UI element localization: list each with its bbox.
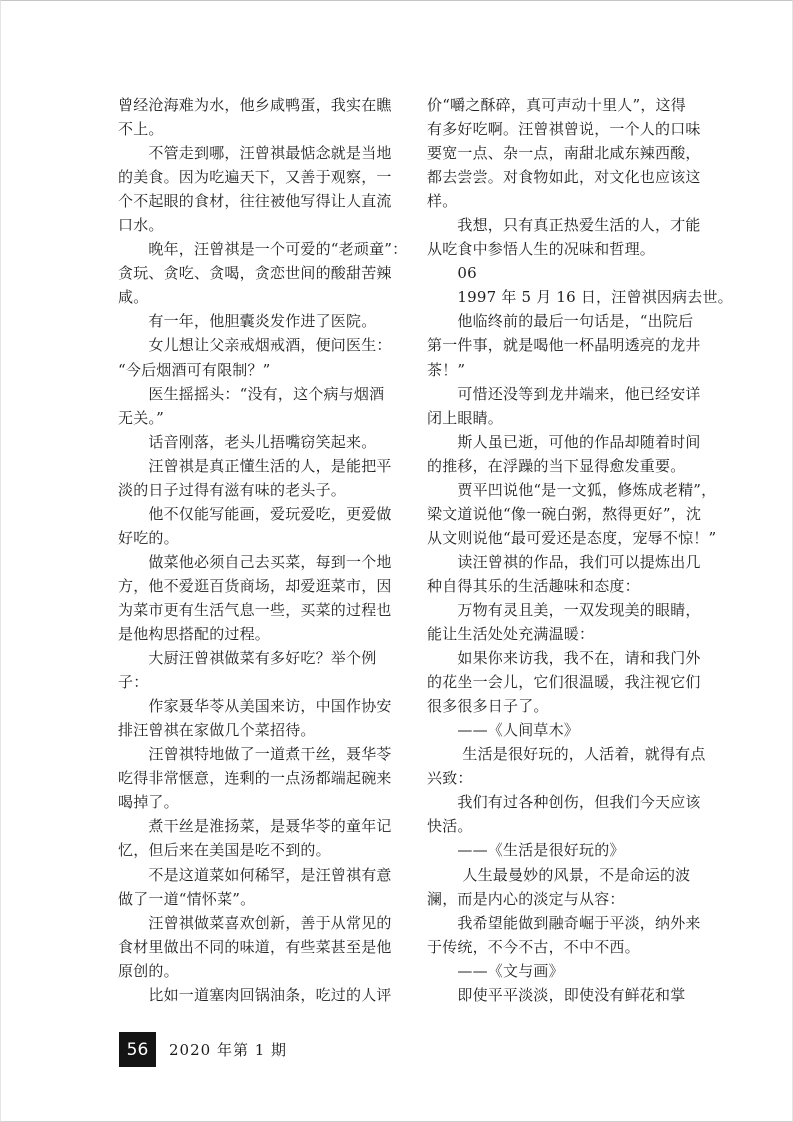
text-line: 做了一道“情怀菜”。 [118,887,391,911]
text-line: 好吃的。 [118,526,391,550]
text-line: 晚年，汪曾祺是一个可爱的“老顽童”： [118,237,391,261]
text-line: 他临终前的最后一句话是，“出院后 [427,309,700,333]
text-line: 06 [427,261,700,285]
text-line: 子： [118,670,391,694]
text-line: 斯人虽已逝，可他的作品却随着时间 [427,430,700,454]
text-line: 即使平平淡淡，即使没有鲜花和掌 [427,983,700,1007]
text-line: 1997 年 5 月 16 日，汪曾祺因病去世。 [427,285,700,309]
text-line: 我希望能做到融奇崛于平淡，纳外来 [427,911,700,935]
text-line: 煮干丝是淮扬菜，是聂华苓的童年记 [118,814,391,838]
text-line: 个不起眼的食材，往往被他写得让人直流 [118,189,391,213]
text-line: 很多很多日子了。 [427,694,700,718]
text-line: 不上。 [118,117,391,141]
text-line: 快活。 [427,814,700,838]
text-line: 澜，而是内心的淡定与从容： [427,887,700,911]
article-body: 曾经沧海难为水，他乡咸鸭蛋，我实在瞧不上。 不管走到哪，汪曾祺最惦念就是当地的美… [118,93,700,1007]
text-line: 原创的。 [118,959,391,983]
text-line: 大厨汪曾祺做菜有多好吃？举个例 [118,646,391,670]
text-line: 如果你来访我，我不在，请和我门外 [427,646,700,670]
text-line: 的推移，在浮躁的当下显得愈发重要。 [427,454,700,478]
text-column-right: 价“嚼之酥碎，真可声动十里人”，这得有多好吃啊。汪曾祺曾说，一个人的口味要宽一点… [427,93,700,1007]
text-line: 都去尝尝。对食物如此，对文化也应该这 [427,165,700,189]
text-line: 价“嚼之酥碎，真可声动十里人”，这得 [427,93,700,117]
text-line: 医生摇摇头：“没有，这个病与烟酒 [118,382,391,406]
text-line: ——《文与画》 [427,959,700,983]
text-line: 有多好吃啊。汪曾祺曾说，一个人的口味 [427,117,700,141]
text-line: 吃得非常惬意，连剩的一点汤都端起碗来 [118,766,391,790]
text-line: 贪玩、贪吃、贪喝，贪恋世间的酸甜苦辣 [118,261,391,285]
text-line: 曾经沧海难为水，他乡咸鸭蛋，我实在瞧 [118,93,391,117]
text-line: 我们有过各种创伤，但我们今天应该 [427,790,700,814]
text-line: 的花坐一会儿，它们很温暖，我注视它们 [427,670,700,694]
text-line: 生活是很好玩的，人活着，就得有点 [427,742,700,766]
text-line: 方，他不爱逛百货商场，却爱逛菜市，因 [118,574,391,598]
text-column-left: 曾经沧海难为水，他乡咸鸭蛋，我实在瞧不上。 不管走到哪，汪曾祺最惦念就是当地的美… [118,93,391,1007]
text-line: 万物有灵且美，一双发现美的眼睛， [427,598,700,622]
text-line: 他不仅能写能画，爱玩爱吃，更爱做 [118,502,391,526]
text-line: 不是这道菜如何稀罕，是汪曾祺有意 [118,863,391,887]
text-line: 能让生活处处充满温暖： [427,622,700,646]
text-line: ——《人间草木》 [427,718,700,742]
text-line: 第一件事，就是喝他一杯晶明透亮的龙井 [427,333,700,357]
text-line: 可惜还没等到龙井端来，他已经安详 [427,382,700,406]
text-line: 于传统，不今不古，不中不西。 [427,935,700,959]
text-line: 做菜他必须自己去买菜，每到一个地 [118,550,391,574]
text-line: 读汪曾祺的作品，我们可以提炼出几 [427,550,700,574]
text-line: 种自得其乐的生活趣味和态度： [427,574,700,598]
text-line: 的美食。因为吃遍天下，又善于观察，一 [118,165,391,189]
text-line: 闭上眼睛。 [427,406,700,430]
page-footer: 56 2020 年第 1 期 [119,1032,287,1067]
text-line: 咸。 [118,285,391,309]
text-line: 无关。” [118,406,391,430]
text-line: 话音刚落，老头儿捂嘴窃笑起来。 [118,430,391,454]
text-line: 兴致： [427,766,700,790]
text-line: 忆，但后来在美国是吃不到的。 [118,838,391,862]
text-line: 有一年，他胆囊炎发作进了医院。 [118,309,391,333]
text-line: 喝掉了。 [118,790,391,814]
text-line: 梁文道说他“像一碗白粥，熬得更好”，沈 [427,502,700,526]
text-line: 人生最曼妙的风景，不是命运的波 [427,863,700,887]
text-line: 贾平凹说他“是一文狐，修炼成老精”， [427,478,700,502]
magazine-page: 曾经沧海难为水，他乡咸鸭蛋，我实在瞧不上。 不管走到哪，汪曾祺最惦念就是当地的美… [0,0,793,1122]
text-line: 从文则说他“最可爱还是态度，宠辱不惊！” [427,526,700,550]
text-line: 排汪曾祺在家做几个菜招待。 [118,718,391,742]
text-line: 食材里做出不同的味道，有些菜甚至是他 [118,935,391,959]
text-line: 女儿想让父亲戒烟戒酒，便问医生： [118,333,391,357]
text-line: 是他构思搭配的过程。 [118,622,391,646]
text-line: 从吃食中参悟人生的况味和哲理。 [427,237,700,261]
text-line: 口水。 [118,213,391,237]
text-line: ——《生活是很好玩的》 [427,838,700,862]
text-line: 要宽一点、杂一点，南甜北咸东辣西酸， [427,141,700,165]
text-line: “今后烟酒可有限制？” [118,358,391,382]
text-line: 我想，只有真正热爱生活的人，才能 [427,213,700,237]
text-line: 茶！” [427,358,700,382]
text-line: 淡的日子过得有滋有味的老头子。 [118,478,391,502]
text-line: 不管走到哪，汪曾祺最惦念就是当地 [118,141,391,165]
text-line: 汪曾祺是真正懂生活的人，是能把平 [118,454,391,478]
text-line: 比如一道塞肉回锅油条，吃过的人评 [118,983,391,1007]
page-number-badge: 56 [119,1032,156,1067]
text-line: 汪曾祺做菜喜欢创新，善于从常见的 [118,911,391,935]
issue-label: 2020 年第 1 期 [169,1039,287,1060]
text-line: 汪曾祺特地做了一道煮干丝，聂华苓 [118,742,391,766]
text-line: 作家聂华苓从美国来访，中国作协安 [118,694,391,718]
text-line: 为菜市更有生活气息一些，买菜的过程也 [118,598,391,622]
text-line: 样。 [427,189,700,213]
